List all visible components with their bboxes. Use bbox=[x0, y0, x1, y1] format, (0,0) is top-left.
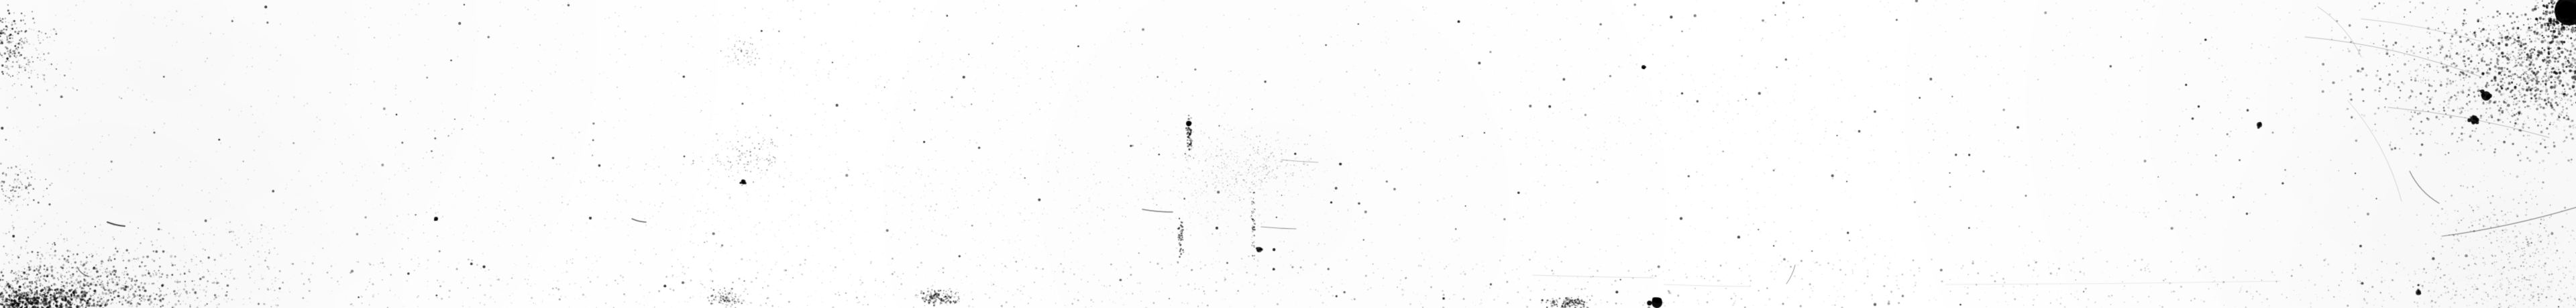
grunge-texture-surface bbox=[0, 0, 2576, 308]
grunge-noise-canvas bbox=[0, 0, 2576, 308]
